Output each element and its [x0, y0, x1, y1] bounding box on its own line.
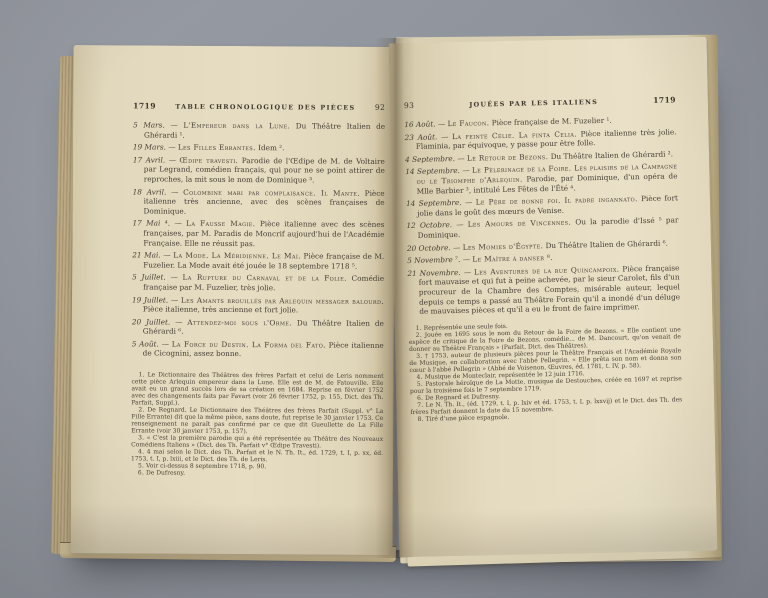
- entry-separator: —: [465, 198, 472, 207]
- entry-date: 20 Juillet.: [132, 317, 170, 326]
- entry-date: 16 Août.: [404, 119, 435, 129]
- entry-separator: —: [456, 220, 463, 229]
- catalog-entry: 18 Avril. — Colombine mari par complaisa…: [133, 187, 385, 217]
- entry-title: La Fausse Magie.: [186, 219, 255, 228]
- entry-text: Pièce italienne, très ancienne et fort j…: [143, 305, 298, 315]
- entry-date: 4 Septembre.: [405, 154, 455, 164]
- left-header-year: 1719: [133, 101, 156, 110]
- footnote-number: 3.: [138, 434, 144, 441]
- entry-text: Du Théâtre Italien de Ghérardi ².: [551, 149, 674, 161]
- entry-separator: —: [162, 339, 169, 348]
- entry-separator: —: [441, 132, 448, 141]
- catalog-entry: 5 Août. — La Force du Destin. La Forma d…: [132, 339, 384, 360]
- entry-separator: —: [464, 267, 471, 276]
- entry-date: 14 Septembre.: [405, 166, 460, 176]
- catalog-entry: 23 Août. — La feinte Célie. La finta Cel…: [405, 127, 677, 152]
- entry-date: 5 Novembre ⁷.: [407, 255, 460, 265]
- entry-date: 17 Avril.: [133, 155, 165, 164]
- entry-separator: —: [171, 187, 178, 196]
- catalog-entry: 12 Octobre. — Les Amours de Vincennes. O…: [406, 216, 678, 241]
- entry-text: Pièce française de M. Fuzelier ¹.: [492, 116, 612, 128]
- entry-title: Attendez-moi sous l'Orme.: [187, 317, 292, 327]
- right-page-number: 93: [404, 101, 414, 110]
- entry-separator: —: [169, 155, 176, 164]
- entry-date: 14 Septembre.: [406, 198, 462, 208]
- entry-title: La Force du Destin. La Forma del Fato.: [172, 340, 326, 350]
- entry-date: 20 Octobre.: [407, 243, 451, 253]
- footnote-number: 4.: [138, 448, 144, 455]
- footnote: 4. 4 mai selon le Dict. des Th. Parfait …: [131, 448, 383, 464]
- entry-title: Œdipe travesti.: [179, 155, 238, 164]
- entry-date: 23 Août.: [405, 132, 438, 142]
- entry-date: 12 Octobre.: [406, 220, 452, 230]
- entry-date: 5 Juillet.: [132, 273, 166, 282]
- entry-separator: —: [462, 166, 469, 175]
- entry-separator: —: [175, 317, 182, 326]
- left-header-title: TABLE CHRONOLOGIQUE DES PIÈCES: [175, 103, 355, 113]
- catalog-entry: 5 Mars. — L'Empereur dans la Lune. Du Th…: [133, 120, 385, 141]
- entry-separator: —: [453, 242, 460, 251]
- entry-text: Du Théâtre Italien de Ghérardi ⁶.: [545, 238, 668, 250]
- right-page: 93 JOUÉES PAR LES ITALIENS 1719 16 Août.…: [389, 37, 718, 558]
- entry-title: Les Amours de Vincennes.: [468, 218, 572, 229]
- footnote-text: 4 mai selon le Dict. des Th. Parfait et …: [131, 449, 383, 464]
- entry-title: Les Filles Errantes.: [178, 143, 256, 152]
- right-entries: 16 Août. — Le Faucon. Pièce française de…: [404, 114, 680, 316]
- entry-text: Idem ².: [258, 143, 284, 152]
- footnote-number: 1.: [139, 371, 145, 378]
- catalog-entry: 17 Avril. — Œdipe travesti. Parodie de l…: [133, 155, 385, 185]
- left-page-content: 1719 TABLE CHRONOLOGIQUE DES PIÈCES 92 5…: [131, 101, 385, 478]
- entry-date: 21 Novembre.: [407, 268, 460, 278]
- entry-separator: —: [438, 119, 445, 128]
- entry-date: 19 Juillet.: [132, 295, 168, 304]
- catalog-entry: 20 Juillet. — Attendez-moi sous l'Orme. …: [132, 317, 384, 338]
- entry-separator: —: [457, 154, 464, 163]
- footnote-number: 6.: [138, 469, 144, 476]
- left-entries: 5 Mars. — L'Empereur dans la Lune. Du Th…: [132, 120, 385, 360]
- entry-separator: —: [170, 121, 177, 130]
- catalog-entry: 19 Mars. — Les Filles Errantes. Idem ².: [133, 143, 385, 154]
- left-page-number: 92: [375, 103, 385, 112]
- catalog-entry: 19 Juillet. — Les Amants brouillés par A…: [132, 295, 384, 316]
- left-running-head: 1719 TABLE CHRONOLOGIQUE DES PIÈCES 92: [133, 101, 385, 113]
- left-footnotes: 1. Le Dictionnaire des Théâtres des frèr…: [131, 371, 384, 478]
- catalog-entry: 17 Mai ⁴. — La Fausse Magie. Pièce itali…: [132, 219, 384, 249]
- entry-title: La Mode. La Méridienne. Le Mai.: [173, 251, 301, 261]
- entry-date: 17 Mai ⁴.: [132, 219, 170, 228]
- right-header-title: JOUÉES PAR LES ITALIENS: [469, 98, 598, 110]
- right-page-content: 93 JOUÉES PAR LES ITALIENS 1719 16 Août.…: [404, 95, 683, 422]
- footnote: 2. De Regnard. Le Dictionnaire des Théât…: [131, 406, 383, 436]
- entry-date: 19 Mars.: [133, 143, 166, 152]
- entry-title: Le Faucon.: [447, 118, 489, 128]
- entry-separator: —: [168, 143, 175, 152]
- catalog-entry: 14 Septembre. — Le Père de bonne foi. Il…: [406, 194, 678, 219]
- catalog-entry: 5 Juillet. — La Rupture du Carnaval et d…: [132, 273, 384, 294]
- entry-title: Les Momies d'Égypte.: [463, 241, 544, 252]
- entry-date: 18 Avril.: [133, 187, 167, 196]
- footnote-number: 8.: [417, 415, 423, 422]
- entry-title: Les Amants brouillés par Arlequin messag…: [181, 295, 384, 305]
- footnote-number: 5.: [138, 462, 144, 469]
- footnote-text: Tiré d'une pièce espagnole.: [425, 414, 509, 423]
- footnote-number: 2.: [138, 406, 144, 413]
- entry-date: 5 Août.: [132, 339, 159, 348]
- entry-separator: —: [174, 219, 181, 228]
- entry-separator: —: [171, 295, 178, 304]
- footnote-text: « C'est la première parodie qui a été re…: [131, 435, 383, 450]
- catalog-entry: 21 Novembre. — Les Aventures de la rue Q…: [407, 263, 680, 317]
- catalog-entry: 21 Mai. — La Mode. La Méridienne. Le Mai…: [132, 251, 384, 272]
- footnote-text: De Dufresny.: [146, 470, 185, 477]
- footnote-text: De Regnard. Le Dictionnaire des Théâtres…: [131, 407, 383, 436]
- footnote: 3. « C'est la première parodie qui a été…: [131, 434, 383, 450]
- entry-title: Le Retour de Bezons.: [467, 152, 549, 163]
- footnote-text: Le Dictionnaire des Théâtres des frères …: [131, 372, 383, 407]
- entry-separator: —: [170, 273, 177, 282]
- entry-title: Le Maître à danser ⁸.: [472, 253, 553, 264]
- left-page: 1719 TABLE CHRONOLOGIQUE DES PIÈCES 92 5…: [70, 45, 395, 555]
- right-footnotes: 1. Représentée une seule fois. 2. Jouée …: [409, 319, 683, 423]
- entry-title: L'Empereur dans la Lune.: [183, 121, 290, 131]
- right-running-head: 93 JOUÉES PAR LES ITALIENS 1719: [404, 95, 676, 111]
- footnote: 6. De Dufresny.: [131, 469, 383, 478]
- entry-separator: —: [163, 251, 170, 260]
- photo-backdrop: 1719 TABLE CHRONOLOGIQUE DES PIÈCES 92 5…: [0, 0, 768, 598]
- entry-separator: —: [463, 255, 470, 264]
- right-header-year: 1719: [653, 95, 676, 104]
- catalog-entry: 14 Septembre. — Le Pèlerinage de la Foir…: [405, 162, 678, 196]
- entry-title: La Rupture du Carnaval et de la Folie.: [183, 273, 347, 283]
- entry-date: 5 Mars.: [133, 120, 165, 129]
- footnote: 1. Le Dictionnaire des Théâtres des frèr…: [131, 371, 383, 408]
- entry-title: Colombine mari par complaisance. Il Mant…: [183, 187, 360, 197]
- entry-date: 21 Mai.: [132, 251, 160, 260]
